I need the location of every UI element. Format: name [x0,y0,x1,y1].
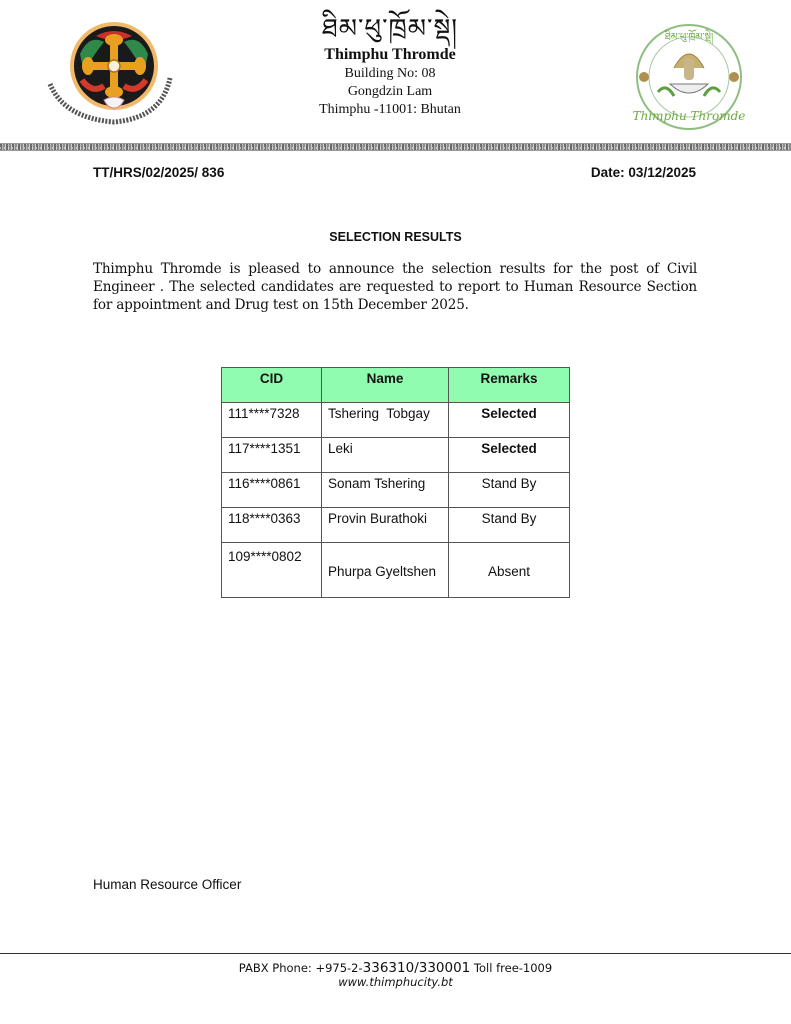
table-row: 109****0802 Phurpa Gyeltshen Absent [222,543,570,598]
cell-remarks: Selected [449,438,570,473]
announcement-text: Thimphu Thromde is pleased to announce t… [93,260,697,314]
organization-name: Thimphu Thromde [280,45,500,65]
selection-results-table: CID Name Remarks 111****7328 Tshering To… [221,367,570,598]
cell-cid: 111****7328 [222,403,322,438]
footer-phone: PABX Phone: +975-2-336310/330001 Toll fr… [0,960,791,976]
signatory-title: Human Resource Officer [93,877,241,892]
thimphu-thromde-seal-logo: ཐིམ་ཕུ་ཁྲོམ་སྡེ། Thimphu Thromde [630,22,748,132]
table-row: 111****7328 Tshering Tobgay Selected [222,403,570,438]
table-row: 117****1351 Leki Selected [222,438,570,473]
cell-cid: 118****0363 [222,508,322,543]
svg-text:ཐིམ་ཕུ་ཁྲོམ་སྡེ།: ཐིམ་ཕུ་ཁྲོམ་སྡེ། [665,29,714,45]
cell-remarks: Absent [449,543,570,598]
phone-numbers: 336310/330001 [363,960,471,976]
column-header-cid: CID [222,368,322,403]
svg-text:Thimphu Thromde: Thimphu Thromde [633,109,746,123]
cell-name: Leki [322,438,449,473]
address-city: Thimphu -11001: Bhutan [280,101,500,119]
cell-cid: 116****0861 [222,473,322,508]
address-street: Gongdzin Lam [280,83,500,101]
column-header-remarks: Remarks [449,368,570,403]
column-header-name: Name [322,368,449,403]
cell-name: Sonam Tshering [322,473,449,508]
website-link[interactable]: www.thimphucity.bt [0,975,791,989]
reference-number: TT/HRS/02/2025/ 836 [93,165,224,180]
toll-free: Toll free-1009 [470,961,552,975]
letterhead: ཐིམ་ཕུ་ཁྲོམ་སྡེ། Thimphu Thromde Buildin… [280,14,500,119]
cell-name: Phurpa Gyeltshen [322,543,449,598]
decorative-border [0,143,791,151]
address-building: Building No: 08 [280,65,500,83]
phone-prefix: PABX Phone: +975-2- [239,961,363,975]
table-row: 116****0861 Sonam Tshering Stand By [222,473,570,508]
table-header-row: CID Name Remarks [222,368,570,403]
dzongkha-title: ཐིམ་ཕུ་ཁྲོམ་སྡེ། [280,14,500,44]
royal-emblem-logo [44,14,174,134]
cell-cid: 117****1351 [222,438,322,473]
cell-name: Tshering Tobgay [322,403,449,438]
cell-remarks: Stand By [449,473,570,508]
cell-name: Provin Burathoki [322,508,449,543]
cell-remarks: Selected [449,403,570,438]
cell-cid: 109****0802 [222,543,322,598]
letter-date: Date: 03/12/2025 [591,165,696,180]
footer-divider [0,953,791,954]
cell-remarks: Stand By [449,508,570,543]
page-title: SELECTION RESULTS [0,230,791,244]
table-row: 118****0363 Provin Burathoki Stand By [222,508,570,543]
